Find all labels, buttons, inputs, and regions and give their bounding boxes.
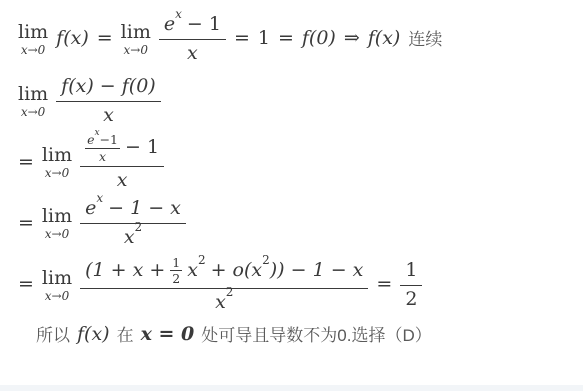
half-numerator: 1 <box>170 256 182 270</box>
equation-line-4: = lim x→0 ex − 1 − x x2 <box>18 198 583 249</box>
fraction-numerator: f(x) − f(0) <box>56 76 161 101</box>
x-squared-group: x2 <box>124 227 142 249</box>
exponent-group: ex <box>87 133 99 146</box>
math-token-one: 1 <box>258 28 270 50</box>
math-token-difference: f(x) − f(0) <box>61 76 156 98</box>
equals-sign: = <box>18 152 34 174</box>
x-squared-group: x2 <box>187 260 205 282</box>
math-token-open: (1 + x + <box>85 260 165 282</box>
fraction-numerator: (1 + x + 1 2 x2 + o(x2)) − 1 − x <box>80 256 368 288</box>
equals-sign: = <box>97 28 113 50</box>
math-token-o: + o(x <box>211 260 263 282</box>
limit-operator: lim x→0 <box>121 23 151 56</box>
math-token-minus-one: −1 <box>100 133 118 146</box>
lim-word: lim <box>42 146 72 165</box>
implies-arrow: ⇒ <box>344 28 360 50</box>
fraction: ex − 1 − x x2 <box>80 198 186 249</box>
math-token-close: )) − 1 − x <box>270 260 364 282</box>
exponent-group: ex <box>85 198 103 220</box>
result-numerator: 1 <box>400 260 422 285</box>
lim-word: lim <box>18 85 48 104</box>
conclusion-text-suoyi: 所以 <box>36 321 70 346</box>
lim-subscript: x→0 <box>45 290 69 302</box>
math-token-x: x <box>187 260 198 282</box>
math-solution-document: lim x→0 f(x) = lim x→0 ex − 1 x = 1 = f(… <box>0 0 583 346</box>
limit-operator: lim x→0 <box>18 85 48 118</box>
little-o-group: + o(x2)) − 1 − x <box>211 260 364 282</box>
math-token-f0: f(0) <box>302 28 336 50</box>
conclusion-text-answer: 处可导且导数不为0.选择（D） <box>201 321 431 346</box>
lim-subscript: x→0 <box>45 167 69 179</box>
continuous-label: 连续 <box>408 30 442 50</box>
math-token-tail: − 1 − x <box>108 198 181 220</box>
bottom-scrollbar-track <box>0 385 583 391</box>
fraction-numerator: ex −1 x − 1 <box>80 133 164 165</box>
lim-word: lim <box>42 207 72 226</box>
equals-sign: = <box>18 213 34 235</box>
equals-sign: = <box>234 28 250 50</box>
nested-denominator: x <box>85 148 120 163</box>
math-token-fx: f(x) <box>56 28 89 50</box>
equals-sign: = <box>278 28 294 50</box>
math-token-e: e <box>164 14 175 36</box>
exponent-group: ex <box>164 14 182 36</box>
math-token-minus-one: − 1 <box>125 137 159 159</box>
equation-line-5: = lim x→0 (1 + x + 1 2 x2 + o(x2)) − 1 −… <box>18 256 583 314</box>
math-token-fx: f(x) <box>77 323 110 345</box>
math-token-x-equals-0: x = 0 <box>141 323 195 345</box>
fraction: (1 + x + 1 2 x2 + o(x2)) − 1 − x x2 <box>80 256 368 314</box>
fraction-denominator: x2 <box>80 223 186 249</box>
x-squared-group: x2 <box>215 292 233 314</box>
limit-operator: lim x→0 <box>42 207 72 240</box>
fraction-denominator: x <box>80 166 164 192</box>
fraction-denominator: x <box>56 101 161 127</box>
math-token-x: x <box>124 227 135 249</box>
fraction-denominator: x <box>159 39 226 65</box>
nested-fraction: ex −1 x <box>85 133 120 162</box>
nested-numerator: ex −1 <box>85 133 120 147</box>
math-token-e: e <box>85 198 96 220</box>
fraction-numerator: ex − 1 <box>159 14 226 39</box>
equation-line-2: lim x→0 f(x) − f(0) x <box>18 76 583 127</box>
outer-fraction: ex −1 x − 1 x <box>80 133 164 191</box>
lim-word: lim <box>18 23 48 42</box>
lim-subscript: x→0 <box>21 44 45 56</box>
limit-operator: lim x→0 <box>18 23 48 56</box>
equation-line-1: lim x→0 f(x) = lim x→0 ex − 1 x = 1 = f(… <box>18 14 583 65</box>
math-token-fx: f(x) <box>368 28 401 50</box>
conclusion-line: 所以 f(x) 在 x = 0 处可导且导数不为0.选择（D） <box>36 321 583 346</box>
fraction-denominator: x2 <box>80 288 368 314</box>
one-half-fraction: 1 2 <box>170 256 182 285</box>
result-denominator: 2 <box>400 285 422 311</box>
lim-subscript: x→0 <box>21 106 45 118</box>
lim-word: lim <box>121 23 151 42</box>
lim-subscript: x→0 <box>45 228 69 240</box>
equation-line-3: = lim x→0 ex −1 x − 1 x <box>18 133 583 191</box>
lim-word: lim <box>42 269 72 288</box>
fraction: ex − 1 x <box>159 14 226 65</box>
fraction-numerator: ex − 1 − x <box>80 198 186 223</box>
equals-sign: = <box>376 274 392 296</box>
math-token-x: x <box>215 292 226 314</box>
fraction: f(x) − f(0) x <box>56 76 161 127</box>
result-fraction: 1 2 <box>400 260 422 311</box>
conclusion-text-zai: 在 <box>117 321 134 346</box>
equals-sign: = <box>18 274 34 296</box>
limit-operator: lim x→0 <box>42 146 72 179</box>
limit-operator: lim x→0 <box>42 269 72 302</box>
math-token-e: e <box>87 133 94 146</box>
half-denominator: 2 <box>170 270 182 285</box>
lim-subscript: x→0 <box>124 44 148 56</box>
math-token-minus-one: − 1 <box>187 14 221 36</box>
